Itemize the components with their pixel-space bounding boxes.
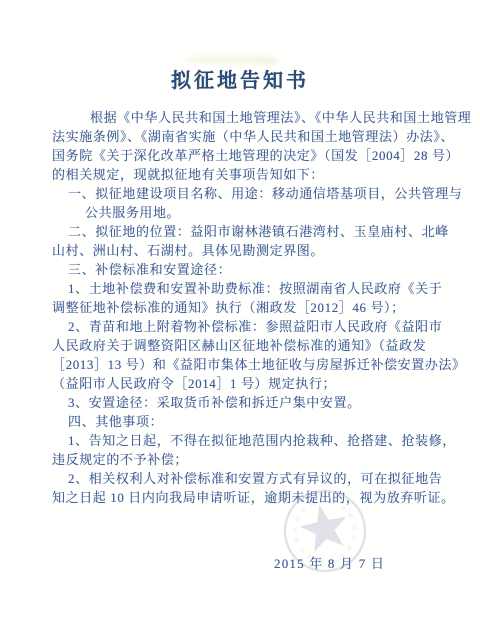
document-title: 拟征地告知书 xyxy=(0,68,480,94)
text-line: 调整征地补偿标准的通知》执行（湘政发［2012］46 号）； xyxy=(52,298,444,317)
scan-smudge xyxy=(185,55,277,64)
text-line: （益阳市人民政府令［2014］1 号）规定执行； xyxy=(52,374,444,393)
text-line: 知之日起 10 日内向我局申请听证，逾期未提出的，视为放弃听证。 xyxy=(52,488,444,507)
scan-smudge xyxy=(254,58,280,65)
text-line: 违反规定的不予补偿； xyxy=(52,450,444,469)
text-line: 四、其他事项： xyxy=(52,412,444,431)
text-line: 公共服务用地。 xyxy=(52,203,444,222)
text-line: 的相关规定，现就拟征地有关事项告知如下： xyxy=(52,165,444,184)
document-body: 根据《中华人民共和国土地管理法》、《中华人民共和国土地管理法实施条例》、《湖南省… xyxy=(52,108,444,507)
text-line: 3、安置途径：采取货币补偿和拆迁户集中安置。 xyxy=(52,393,444,412)
text-line: 法实施条例》、《湖南省实施（中华人民共和国土地管理法）办法》、 xyxy=(52,127,444,146)
text-line: 二、拟征地的位置：益阳市谢林港镇石港湾村、玉皇庙村、北峰 xyxy=(52,222,444,241)
text-line: 1、土地补偿费和安置补助费标准：按照湖南省人民政府《关于 xyxy=(52,279,444,298)
text-line: ［2013］13 号）和《益阳市集体土地征收与房屋拆迁补偿安置办法》 xyxy=(52,355,444,374)
document-date: 2015 年 8 月 7 日 xyxy=(274,553,385,572)
text-line: 2、青苗和地上附着物补偿标准：参照益阳市人民政府《益阳市 xyxy=(52,317,444,336)
scanned-document-page: 拟征地告知书 根据《中华人民共和国土地管理法》、《中华人民共和国土地管理法实施条… xyxy=(0,0,480,644)
text-line: 山村、洲山村、石湖村。具体见勘测定界图。 xyxy=(52,241,444,260)
text-line: 根据《中华人民共和国土地管理法》、《中华人民共和国土地管理 xyxy=(52,108,444,127)
text-line: 三、补偿标准和安置途径： xyxy=(52,260,444,279)
text-line: 2、相关权利人对补偿标准和安置方式有异议的，可在拟征地告 xyxy=(52,469,444,488)
star-icon xyxy=(296,500,352,554)
text-line: 一、拟征地建设项目名称、用途：移动通信塔基项目，公共管理与 xyxy=(52,184,444,203)
text-line: 人民政府关于调整资阳区赫山区征地补偿标准的通知》（益政发 xyxy=(52,336,444,355)
text-line: 1、告知之日起，不得在拟征地范围内抢栽种、抢搭建、抢装修， xyxy=(52,431,444,450)
text-line: 国务院《关于深化改革严格土地管理的决定》（国发［2004］28 号） xyxy=(52,146,444,165)
